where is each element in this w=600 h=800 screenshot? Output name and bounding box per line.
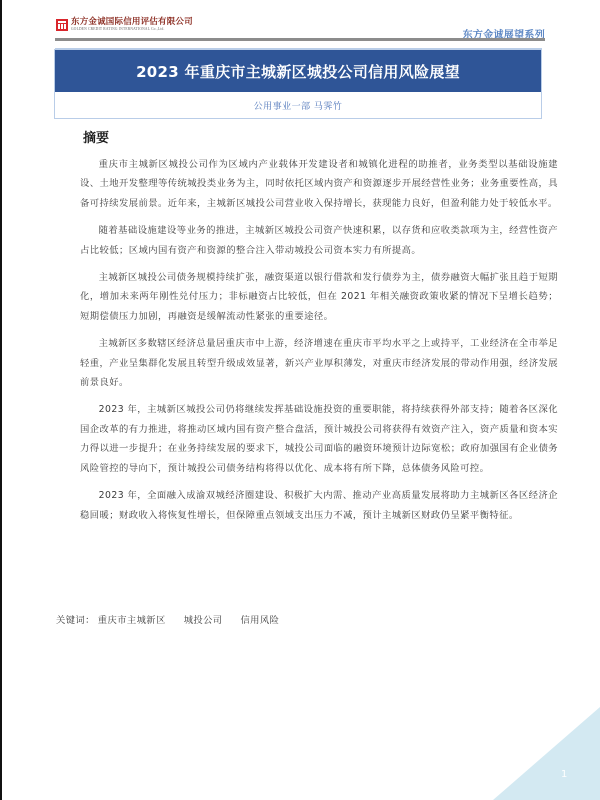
- report-title: 2023 年重庆市主城新区城投公司信用风险展望: [136, 61, 460, 82]
- keyword: 信用风险: [240, 612, 279, 626]
- abstract-paragraph: 主城新区城投公司债务规模持续扩张，融资渠道以银行借款和发行债券为主，债券融资大幅…: [80, 268, 558, 326]
- abstract-paragraph: 2023 年，主城新区城投公司仍将继续发挥基础设施投资的重要职能，将持续获得外部…: [80, 400, 558, 478]
- corner-decoration: [493, 707, 600, 800]
- keywords-label: 关键词：: [56, 612, 95, 626]
- abstract-heading: 摘要: [83, 127, 109, 146]
- abstract-paragraph: 重庆市主城新区城投公司作为区域内产业载体开发建设者和城镇化进程的助推者，业务类型…: [80, 155, 558, 213]
- keywords-line: 关键词： 重庆市主城新区 城投公司 信用风险: [56, 612, 297, 626]
- title-box: 2023 年重庆市主城新区城投公司信用风险展望 公用事业一部 马霁竹: [54, 49, 542, 119]
- abstract-paragraph: 主城新区多数辖区经济总量居重庆市中上游，经济增速在重庆市平均水平之上或持平，工业…: [80, 334, 558, 392]
- logo-name-cn: 东方金诚国际信用评估有限公司: [71, 18, 193, 27]
- author-line: 公用事业一部 马霁竹: [55, 92, 541, 119]
- abstract-paragraph: 2023 年，全面融入成渝双城经济圈建设、积极扩大内需、推动产业高质量发展将助力…: [80, 486, 558, 525]
- company-logo: 东方金诚国际信用评估有限公司 GOLDEN CREDIT RATING INTE…: [56, 18, 193, 32]
- keyword: 城投公司: [184, 612, 223, 626]
- abstract-paragraph: 随着基础设施建设等业务的推进，主城新区城投公司资产快速积累，以存货和应收类款项为…: [80, 221, 558, 260]
- title-band: 2023 年重庆市主城新区城投公司信用风险展望: [55, 50, 541, 92]
- logo-mark-icon: [56, 19, 68, 31]
- page-number: 1: [561, 769, 567, 780]
- page-left-edge: [0, 0, 2, 800]
- abstract-body: 重庆市主城新区城投公司作为区域内产业载体开发建设者和城镇化进程的助推者，业务类型…: [80, 155, 558, 533]
- keyword: 重庆市主城新区: [98, 612, 166, 626]
- header-divider: [55, 38, 545, 41]
- logo-name-en: GOLDEN CREDIT RATING INTERNATIONAL Co.,L…: [71, 28, 193, 32]
